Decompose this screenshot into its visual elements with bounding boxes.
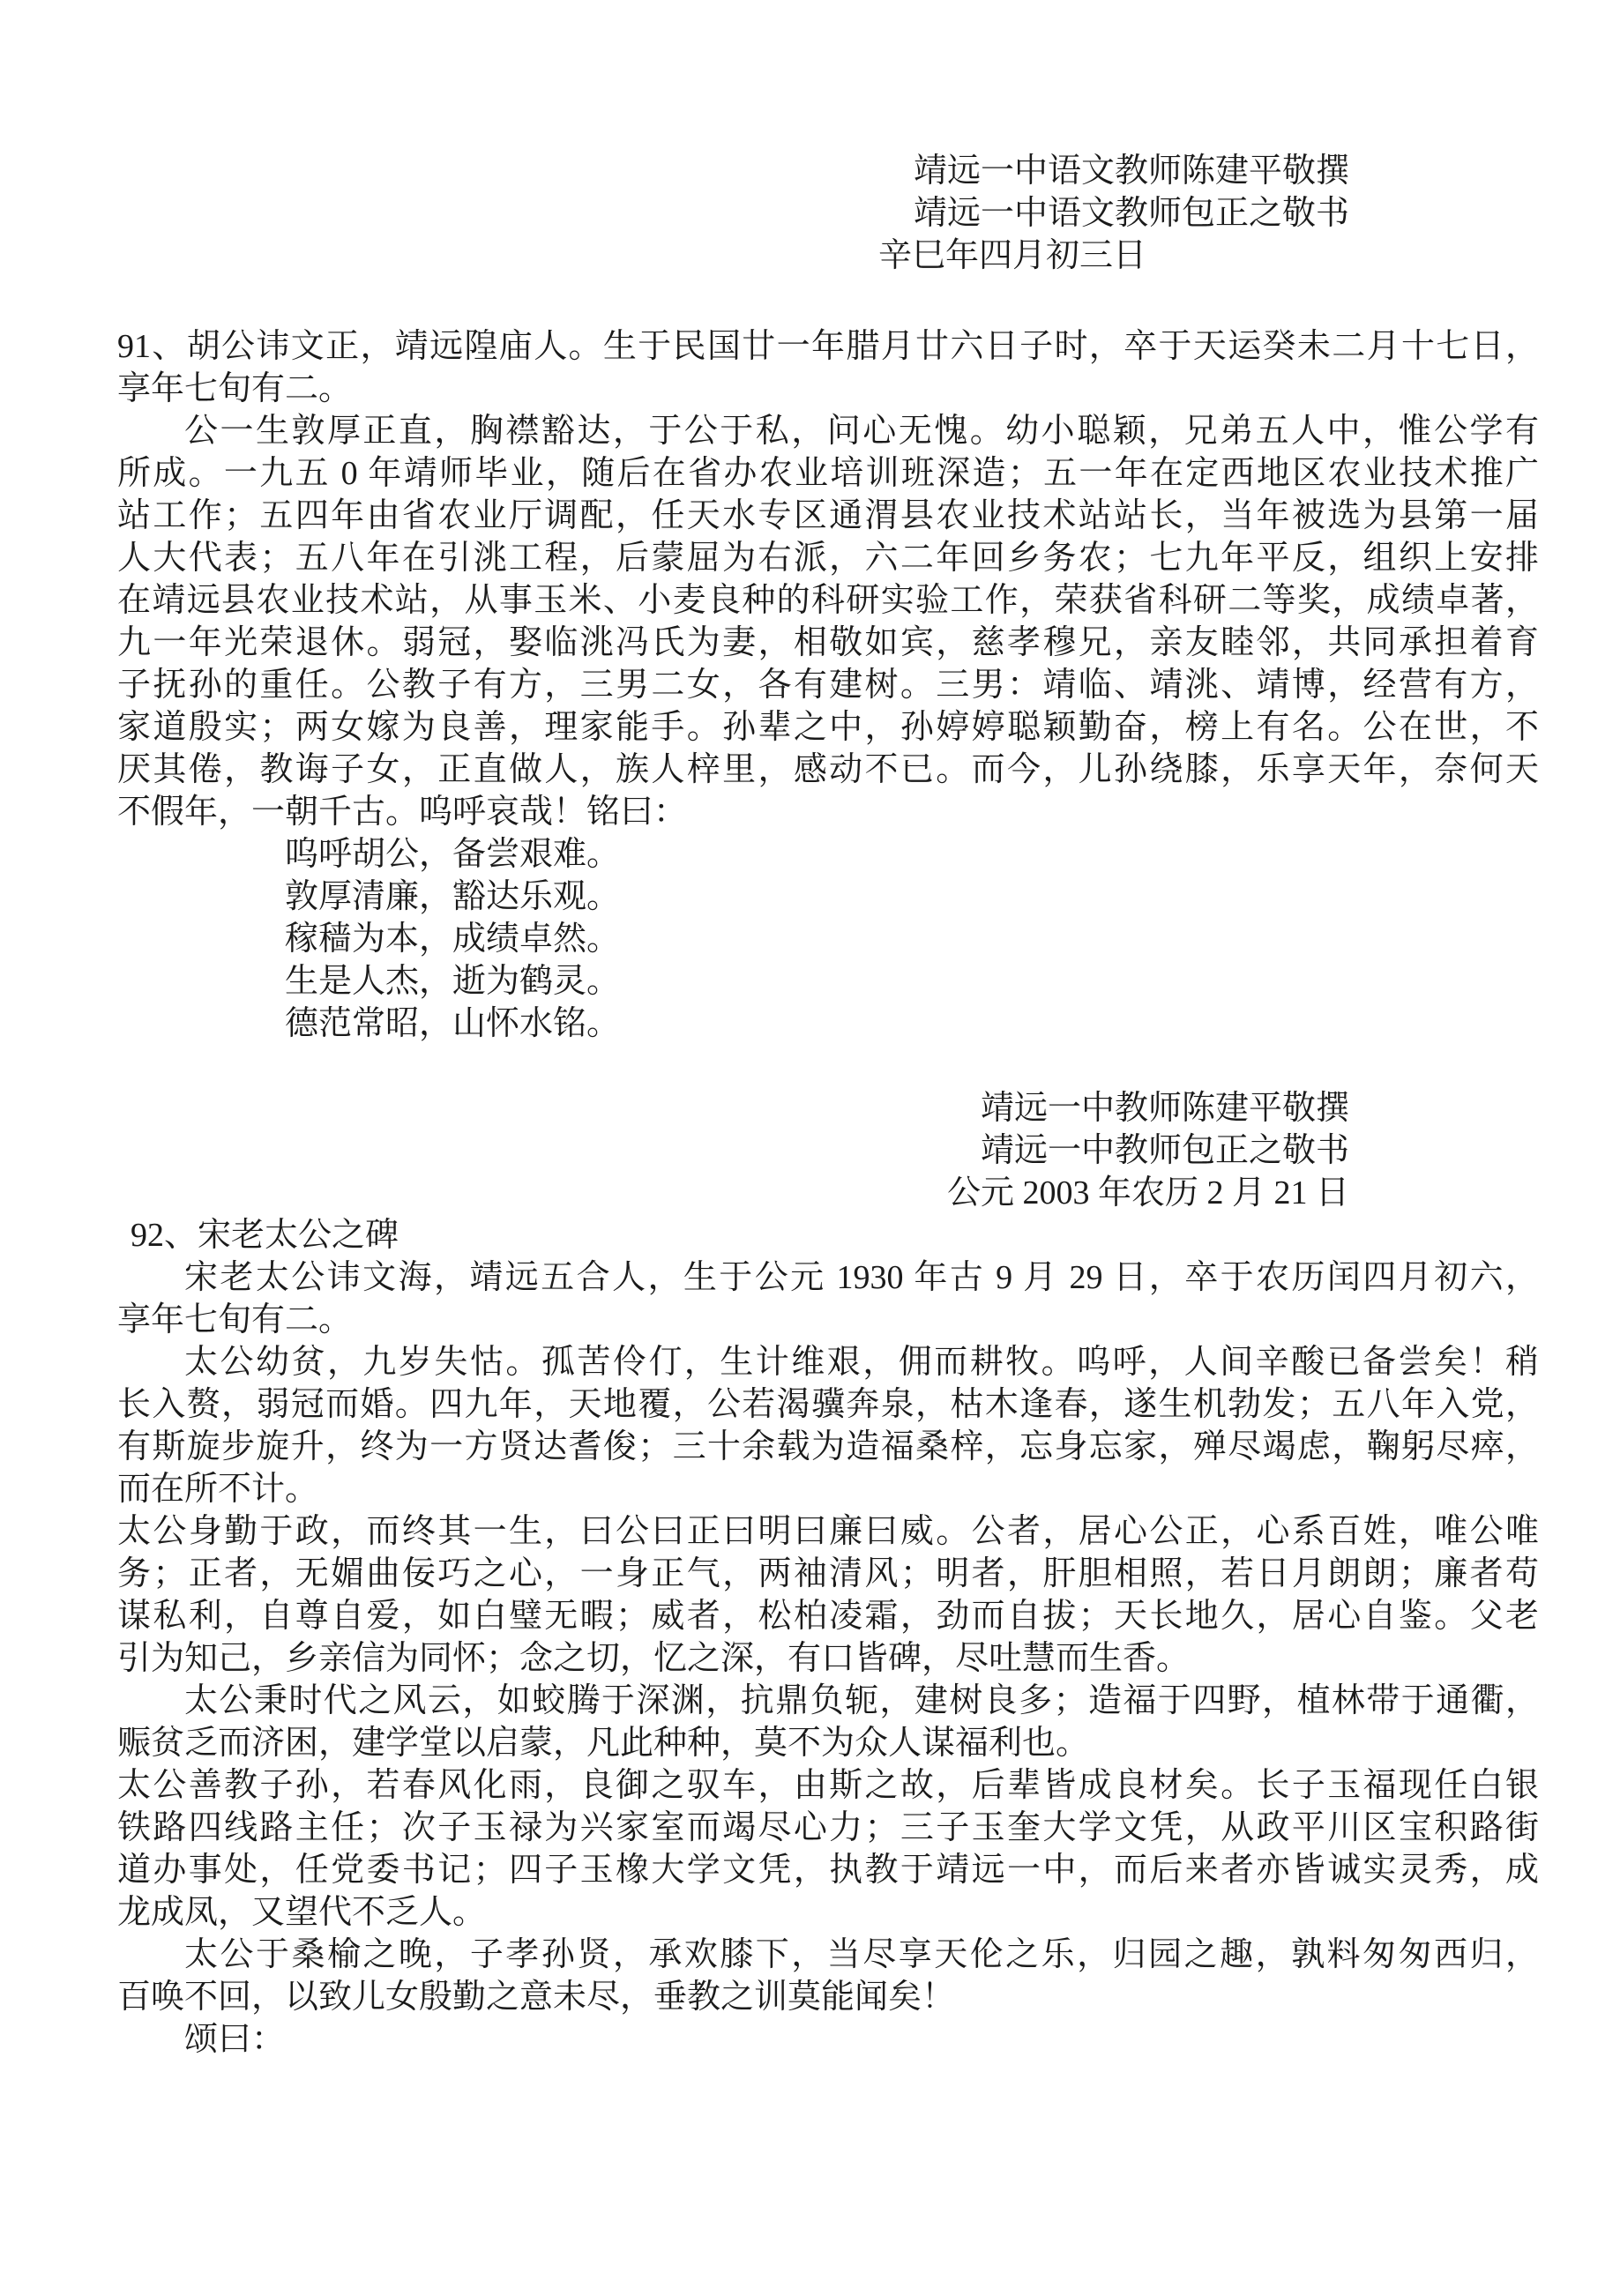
paragraph-line: 太公幼贫，九岁失怙。孤苦伶仃，生计维艰，佣而耕牧。呜呼，人间辛酸已备尝矣！稍 — [117, 1341, 1539, 1383]
entry-91: 91、胡公讳文正，靖远隍庙人。生于民国廿一年腊月廿六日子时，卒于天运癸未二月十七… — [117, 325, 1539, 1045]
verse-line: 生是人杰，逝为鹤灵。 — [117, 960, 1539, 1003]
paragraph-line: 百唤不回，以致儿女殷勤之意未尽，垂教之训莫能闻矣！ — [117, 1976, 1539, 2018]
verse-line: 敦厚清廉，豁达乐观。 — [117, 876, 1539, 918]
song-label: 颂曰： — [117, 2018, 1539, 2061]
signature-date-line: 辛巳年四月初三日 — [117, 235, 1539, 277]
signature-calligrapher-line: 靖远一中教师包正之敬书 — [117, 1129, 1539, 1172]
paragraph-line: 公一生敦厚正直，胸襟豁达，于公于私，问心无愧。幼小聪颖，兄弟五人中，惟公学有 — [117, 410, 1539, 452]
paragraph-line: 厌其倦，教诲子女，正直做人，族人梓里，感动不已。而今，儿孙绕膝，乐享天年，奈何天 — [117, 749, 1539, 791]
paragraph-line: 站工作；五四年由省农业厅调配，任天水专区通渭县农业技术站站长，当年被选为县第一届 — [117, 495, 1539, 537]
paragraph-line: 而在所不计。 — [117, 1468, 1539, 1510]
paragraph-line: 在靖远县农业技术站，从事玉米、小麦良种的科研实验工作，荣获省科研二等奖，成绩卓著… — [117, 579, 1539, 622]
paragraph-line: 赈贫乏而济困，建学堂以启蒙，凡此种种，莫不为众人谋福利也。 — [117, 1722, 1539, 1764]
paragraph-line: 道办事处，任党委书记；四子玉橡大学文凭，执教于靖远一中，而后来者亦皆诚实灵秀，成 — [117, 1849, 1539, 1891]
paragraph-line: 九一年光荣退休。弱冠，娶临洮冯氏为妻，相敬如宾，慈孝穆兄，亲友睦邻，共同承担着育 — [117, 622, 1539, 664]
document-page: 靖远一中语文教师陈建平敬撰 靖远一中语文教师包正之敬书 辛巳年四月初三日 91、… — [0, 0, 1620, 2296]
paragraph-line: 太公于桑榆之晚，子孝孙贤，承欢膝下，当尽享天伦之乐，归园之趣，孰料匆匆西归， — [117, 1934, 1539, 1976]
signature-author-line: 靖远一中语文教师陈建平敬撰 — [117, 150, 1539, 192]
signature-date-line: 公元 2003 年农历 2 月 21 日 — [117, 1172, 1539, 1214]
paragraph-line: 子抚孙的重任。公教子有方，三男二女，各有建树。三男：靖临、靖洮、靖博，经营有方， — [117, 664, 1539, 706]
entry-92-title: 92、宋老太公之碑 — [117, 1214, 1539, 1256]
paragraph-line: 务；正者，无媚曲佞巧之心，一身正气，两袖清风；明者，肝胆相照，若日月朗朗；廉者苟 — [117, 1553, 1539, 1595]
paragraph-line: 太公善教子孙，若春风化雨，良御之驭车，由斯之故，后辈皆成良材矣。长子玉福现任白银 — [117, 1764, 1539, 1807]
paragraph-line: 谋私利，自尊自爱，如白璧无暇；威者，松柏凌霜，劲而自拔；天长地久，居心自鉴。父老 — [117, 1595, 1539, 1637]
signature-block-2: 靖远一中教师陈建平敬撰 靖远一中教师包正之敬书 公元 2003 年农历 2 月 … — [117, 1087, 1539, 1214]
paragraph-line: 太公身勤于政，而终其一生，曰公曰正曰明曰廉曰威。公者，居心公正，心系百姓，唯公唯 — [117, 1510, 1539, 1553]
paragraph-line: 有斯旋步旋升，终为一方贤达耆俊；三十余载为造福桑梓，忘身忘家，殚尽竭虑，鞠躬尽瘁… — [117, 1426, 1539, 1468]
entry-92-heading-line: 宋老太公讳文海，靖远五合人，生于公元 1930 年古 9 月 29 日，卒于农历… — [117, 1256, 1539, 1299]
paragraph-line: 人大代表；五八年在引洮工程，后蒙屈为右派，六二年回乡务农；七九年平反，组织上安排 — [117, 537, 1539, 579]
signature-block-1: 靖远一中语文教师陈建平敬撰 靖远一中语文教师包正之敬书 辛巳年四月初三日 — [117, 150, 1539, 277]
paragraph-line: 家道殷实；两女嫁为良善，理家能手。孙辈之中，孙婷婷聪颖勤奋，榜上有名。公在世，不 — [117, 706, 1539, 749]
paragraph-line: 铁路四线路主任；次子玉禄为兴家室而竭尽心力；三子玉奎大学文凭，从政平川区宝积路街 — [117, 1807, 1539, 1849]
entry-92-heading-line: 享年七旬有二。 — [117, 1299, 1539, 1341]
signature-author-line: 靖远一中教师陈建平敬撰 — [117, 1087, 1539, 1129]
verse-line: 德范常昭，山怀水铭。 — [117, 1003, 1539, 1045]
verse-line: 呜呼胡公，备尝艰难。 — [117, 833, 1539, 876]
paragraph-line: 所成。一九五 0 年靖师毕业，随后在省办农业培训班深造；五一年在定西地区农业技术… — [117, 452, 1539, 495]
entry-92: 92、宋老太公之碑 宋老太公讳文海，靖远五合人，生于公元 1930 年古 9 月… — [117, 1214, 1539, 2061]
text-column: 靖远一中语文教师陈建平敬撰 靖远一中语文教师包正之敬书 辛巳年四月初三日 91、… — [117, 150, 1539, 2061]
signature-calligrapher-line: 靖远一中语文教师包正之敬书 — [117, 192, 1539, 235]
entry-91-heading-line: 享年七旬有二。 — [117, 368, 1539, 410]
paragraph-line: 长入赘，弱冠而婚。四九年，天地覆，公若渴骥奔泉，枯木逢春，遂生机勃发；五八年入党… — [117, 1383, 1539, 1426]
entry-91-heading-line: 91、胡公讳文正，靖远隍庙人。生于民国廿一年腊月廿六日子时，卒于天运癸未二月十七… — [117, 325, 1539, 368]
paragraph-line: 龙成凤，又望代不乏人。 — [117, 1891, 1539, 1934]
paragraph-line: 太公秉时代之风云，如蛟腾于深渊，抗鼎负轭，建树良多；造福于四野，植林带于通衢， — [117, 1680, 1539, 1722]
paragraph-line: 不假年，一朝千古。呜呼哀哉！铭曰： — [117, 791, 1539, 833]
verse-line: 稼穑为本，成绩卓然。 — [117, 918, 1539, 960]
paragraph-line: 引为知己，乡亲信为同怀；念之切，忆之深，有口皆碑，尽吐慧而生香。 — [117, 1637, 1539, 1680]
